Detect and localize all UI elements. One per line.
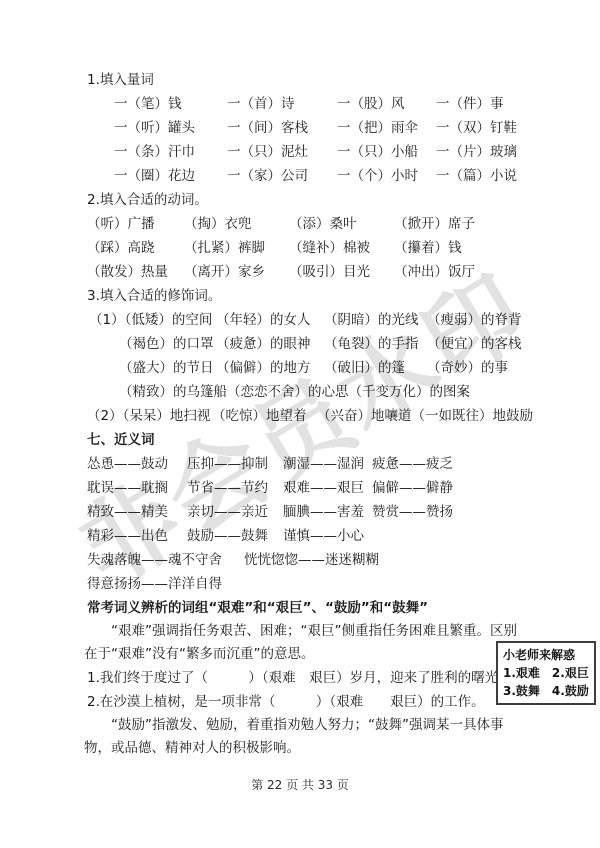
word-item: （散发）热量	[87, 260, 184, 284]
worksheet-page: 非会员水印 1.填入量词 一（笔）钱一（首）诗一（股）风一（件）事 一（听）罐头…	[0, 0, 600, 848]
word-item: 一（间）客栈	[227, 116, 337, 140]
word-row: 一（条）汗巾一（只）泥灶一（只）小船一（片）玻璃	[84, 140, 528, 164]
analysis-paragraph-2: “鼓励”指激发、勉励，着重指劝勉人努力；“鼓舞”强调某一具体事物，或品德、精神对…	[84, 714, 528, 760]
word-item: （吃惊）地望着	[212, 404, 317, 428]
word-item: 一（首）诗	[227, 92, 337, 116]
word-row: 一（圈）花边一（家）公司一（个）小时一（篇）小说	[84, 164, 528, 188]
word-row: （1）（低矮）的空间（年轻）的女人（阴暗）的光线（瘦弱）的脊背	[84, 308, 528, 332]
synonym-pair: 恍恍惚惚——迷迷糊糊	[244, 548, 379, 572]
word-row: （褐色）的口罩（疲惫）的眼神（龟裂）的手指（便宜）的客栈	[84, 332, 528, 356]
answer-box-title: 小老师来解惑	[503, 646, 589, 664]
word-item: （偏僻）的地方	[216, 356, 324, 380]
analysis-heading: 常考词义辨析的词组“艰难”和“艰巨”、“鼓励”和“鼓舞”	[84, 596, 528, 620]
word-item: （褐色）的口罩	[119, 332, 216, 356]
word-item: （冲出）饭厅	[394, 260, 475, 284]
synonym-pair: 怂恿——鼓动	[87, 452, 187, 476]
synonym-pair: 得意扬扬——洋洋自得	[87, 572, 244, 596]
word-item: （踩）高跷	[87, 236, 184, 260]
word-item: （兴奋）地嚷道	[317, 404, 412, 428]
word-item: （听）广播	[87, 212, 184, 236]
word-row: （盛大）的节日（偏僻）的地方（破旧）的篷（奇妙）的事	[84, 356, 528, 380]
word-item: （疲惫）的眼神	[216, 332, 324, 356]
section-synonyms-title: 七、近义词	[84, 428, 528, 452]
word-item: 一（件）事	[436, 92, 504, 116]
word-item: （龟裂）的手指	[324, 332, 427, 356]
word-row: 一（听）罐头一（间）客栈一（把）雨伞一（双）钉鞋	[84, 116, 528, 140]
word-row: 一（笔）钱一（首）诗一（股）风一（件）事	[84, 92, 528, 116]
word-item: （1）（低矮）的空间	[89, 308, 216, 332]
word-item: （吸引）目光	[289, 260, 394, 284]
word-row: （精致）的乌篷船（恋恋不舍）的心思（千变万化）的图案	[84, 380, 528, 404]
teacher-answer-box: 小老师来解惑 1.艰难 2.艰巨 3.鼓舞 4.鼓励	[496, 641, 596, 705]
word-item: 一（个）小时	[337, 164, 436, 188]
word-item: （一如既往）地鼓励	[412, 404, 534, 428]
synonym-pair: 谨慎——小心	[283, 524, 372, 548]
quantifier-word-grid: 一（笔）钱一（首）诗一（股）风一（件）事 一（听）罐头一（间）客栈一（把）雨伞一…	[84, 92, 528, 188]
word-item: （奇妙）的事	[427, 356, 508, 380]
word-item: 一（听）罐头	[114, 116, 227, 140]
synonym-pair: 鼓励——鼓舞	[187, 524, 283, 548]
answer-box-line-2: 3.鼓舞 4.鼓励	[503, 682, 589, 700]
synonym-pair: 潮湿——湿润	[283, 452, 372, 476]
synonym-pair: 艰难——艰巨	[283, 476, 372, 500]
synonym-pair: 腼腆——害羞	[283, 500, 372, 524]
word-row: （踩）高跷（扎紧）裤脚（缝补）棉被（攥着）钱	[84, 236, 528, 260]
word-item: （扎紧）裤脚	[184, 236, 289, 260]
synonym-row: 失魂落魄——魂不守舍恍恍惚惚——迷迷糊糊	[84, 548, 528, 572]
word-item: （缝补）棉被	[289, 236, 394, 260]
word-row: （散发）热量（离开）家乡（吸引）目光（冲出）饭厅	[84, 260, 528, 284]
word-item: 一（条）汗巾	[114, 140, 227, 164]
fill-in-question-1: 1.我们终于度过了（ ）（艰难 艰巨）岁月，迎来了胜利的曙光。	[84, 666, 528, 690]
word-item: 一（只）泥灶	[227, 140, 337, 164]
synonym-pair: 失魂落魄——魂不守舍	[87, 548, 244, 572]
synonym-pair: 疲惫——疲乏	[372, 452, 453, 476]
word-item: （盛大）的节日	[119, 356, 216, 380]
synonym-row: 怂恿——鼓动压抑——抑制潮湿——湿润疲惫——疲乏	[84, 452, 528, 476]
word-item: 一（只）小船	[337, 140, 436, 164]
section-modifiers-title: 3.填入合适的修饰词。	[84, 284, 528, 308]
word-row: （2）（呆呆）地扫视（吃惊）地望着（兴奋）地嚷道（一如既往）地鼓励	[84, 404, 528, 428]
word-item: （瘦弱）的脊背	[427, 308, 522, 332]
synonym-pair: 亲切——亲近	[187, 500, 283, 524]
synonym-row: 精致——精美亲切——亲近腼腆——害羞赞赏——赞扬	[84, 500, 528, 524]
word-item: 一（篇）小说	[436, 164, 517, 188]
modifier-word-grid-part2: （2）（呆呆）地扫视（吃惊）地望着（兴奋）地嚷道（一如既往）地鼓励	[84, 404, 528, 428]
word-item: 一（家）公司	[227, 164, 337, 188]
word-item: （精致）的乌篷船（恋恋不舍）的心思（千变万化）的图案	[119, 380, 470, 404]
page-number: 第 22 页 共 33 页	[0, 776, 600, 793]
synonym-row: 得意扬扬——洋洋自得	[84, 572, 528, 596]
word-item: 一（圈）花边	[114, 164, 227, 188]
word-item: （掏）衣兜	[184, 212, 289, 236]
synonym-pair: 偏僻——僻静	[372, 476, 453, 500]
synonym-pair: 压抑——抑制	[187, 452, 283, 476]
word-item: （年轻）的女人	[216, 308, 324, 332]
page-content: 1.填入量词 一（笔）钱一（首）诗一（股）风一（件）事 一（听）罐头一（间）客栈…	[84, 68, 528, 760]
synonym-pair: 精致——精美	[87, 500, 187, 524]
synonym-pair: 节省——节约	[187, 476, 283, 500]
verb-word-grid: （听）广播（掏）衣兜（添）桑叶（掀开）席子 （踩）高跷（扎紧）裤脚（缝补）棉被（…	[84, 212, 528, 284]
word-item: （攥着）钱	[394, 236, 462, 260]
section-verbs-title: 2.填入合适的动词。	[84, 188, 528, 212]
word-item: （2）（呆呆）地扫视	[87, 404, 212, 428]
synonym-row: 精彩——出色鼓励——鼓舞谨慎——小心	[84, 524, 528, 548]
word-item: 一（把）雨伞	[337, 116, 436, 140]
word-item: （便宜）的客栈	[427, 332, 522, 356]
synonym-pair: 耽误——耽搁	[87, 476, 187, 500]
word-item: 一（双）钉鞋	[436, 116, 517, 140]
modifier-word-grid-part1: （1）（低矮）的空间（年轻）的女人（阴暗）的光线（瘦弱）的脊背 （褐色）的口罩（…	[84, 308, 528, 404]
synonym-pair: 精彩——出色	[87, 524, 187, 548]
analysis-paragraph-1: “艰难”强调指任务艰苦、困难；“艰巨”侧重指任务困难且繁重。区别在于“艰难”没有…	[84, 620, 528, 666]
word-item: 一（股）风	[337, 92, 436, 116]
synonym-row: 耽误——耽搁节省——节约艰难——艰巨偏僻——僻静	[84, 476, 528, 500]
section-quantifiers-title: 1.填入量词	[84, 68, 528, 92]
synonym-pair-grid: 怂恿——鼓动压抑——抑制潮湿——湿润疲惫——疲乏 耽误——耽搁节省——节约艰难—…	[84, 452, 528, 548]
word-item: （阴暗）的光线	[324, 308, 427, 332]
word-item: （掀开）席子	[394, 212, 475, 236]
fill-in-question-2: 2.在沙漠上植树，是一项非常（ ）（艰难 艰巨）的工作。	[84, 690, 528, 714]
synonym-pair: 赞赏——赞扬	[372, 500, 453, 524]
word-item: 一（笔）钱	[114, 92, 227, 116]
synonym-idiom-grid: 失魂落魄——魂不守舍恍恍惚惚——迷迷糊糊 得意扬扬——洋洋自得	[84, 548, 528, 596]
word-item: （破旧）的篷	[324, 356, 427, 380]
answer-box-line-1: 1.艰难 2.艰巨	[503, 664, 589, 682]
word-row: （听）广播（掏）衣兜（添）桑叶（掀开）席子	[84, 212, 528, 236]
word-item: （添）桑叶	[289, 212, 394, 236]
word-item: （离开）家乡	[184, 260, 289, 284]
word-item: 一（片）玻璃	[436, 140, 517, 164]
